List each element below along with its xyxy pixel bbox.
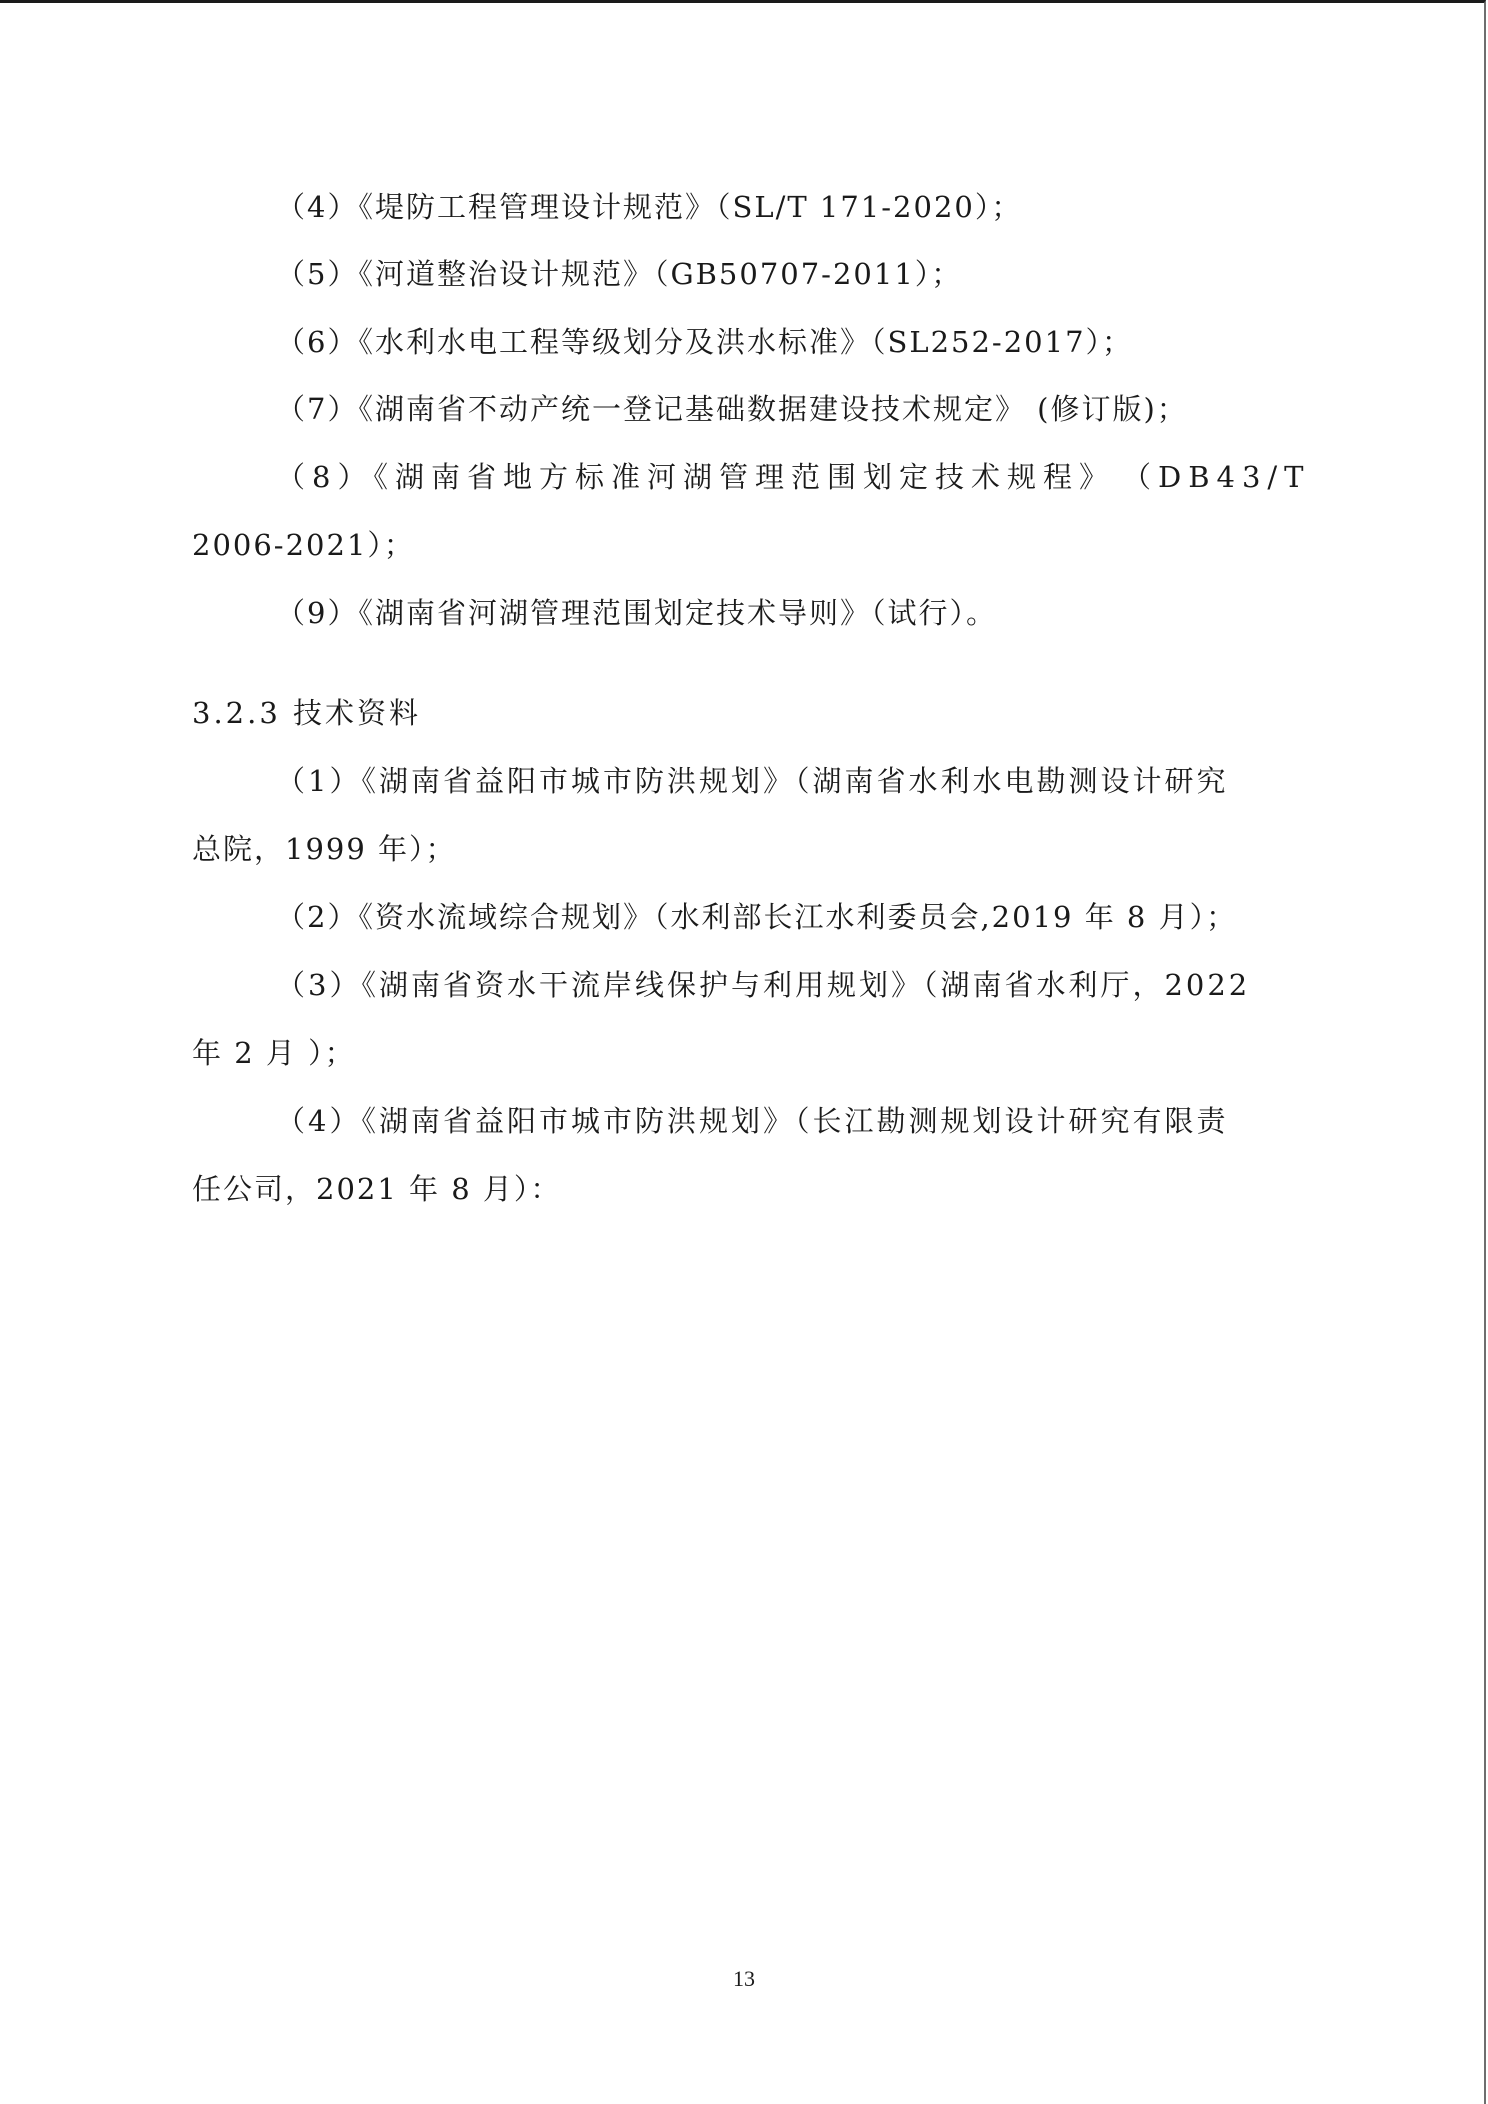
standard-item-9: （9）《湖南省河湖管理范围划定技术导则》（试行）。 [276, 593, 997, 633]
standard-item-7: （7）《湖南省不动产统一登记基础数据建设技术规定》 (修订版)； [276, 389, 1188, 429]
page-number: 13 [0, 1966, 1488, 1992]
standard-item-8-continuation: 2006-2021）； [192, 525, 415, 565]
reference-item-1-continuation: 总院，1999 年）； [192, 829, 457, 869]
section-heading: 3.2.3 技术资料 [192, 693, 421, 733]
standard-item-8: （8）《湖南省地方标准河湖管理范围划定技术规程》 （DB43/T [276, 457, 1311, 497]
reference-item-3: （3）《湖南省资水干流岸线保护与利用规划》（湖南省水利厅，2022 [276, 965, 1250, 1005]
standard-item-6: （6）《水利水电工程等级划分及洪水标准》（SL252-2017）； [276, 322, 1133, 362]
reference-item-2: （2）《资水流域综合规划》（水利部长江水利委员会,2019 年 8 月）； [276, 897, 1237, 937]
reference-item-3-continuation: 年 2 月 ）； [192, 1033, 356, 1073]
reference-item-1: （1）《湖南省益阳市城市防洪规划》（湖南省水利水电勘测设计研究 [276, 761, 1228, 801]
reference-item-4-continuation: 任公司，2021 年 8 月）： [192, 1169, 561, 1209]
standard-item-4: （4）《堤防工程管理设计规范》（SL/T 171-2020）； [276, 187, 1022, 227]
reference-item-4: （4）《湖南省益阳市城市防洪规划》（长江勘测规划设计研究有限责 [276, 1101, 1228, 1141]
standard-item-5: （5）《河道整治设计规范》（GB50707-2011）； [276, 254, 962, 294]
document-page: （4）《堤防工程管理设计规范》（SL/T 171-2020）； （5）《河道整治… [0, 0, 1486, 2104]
